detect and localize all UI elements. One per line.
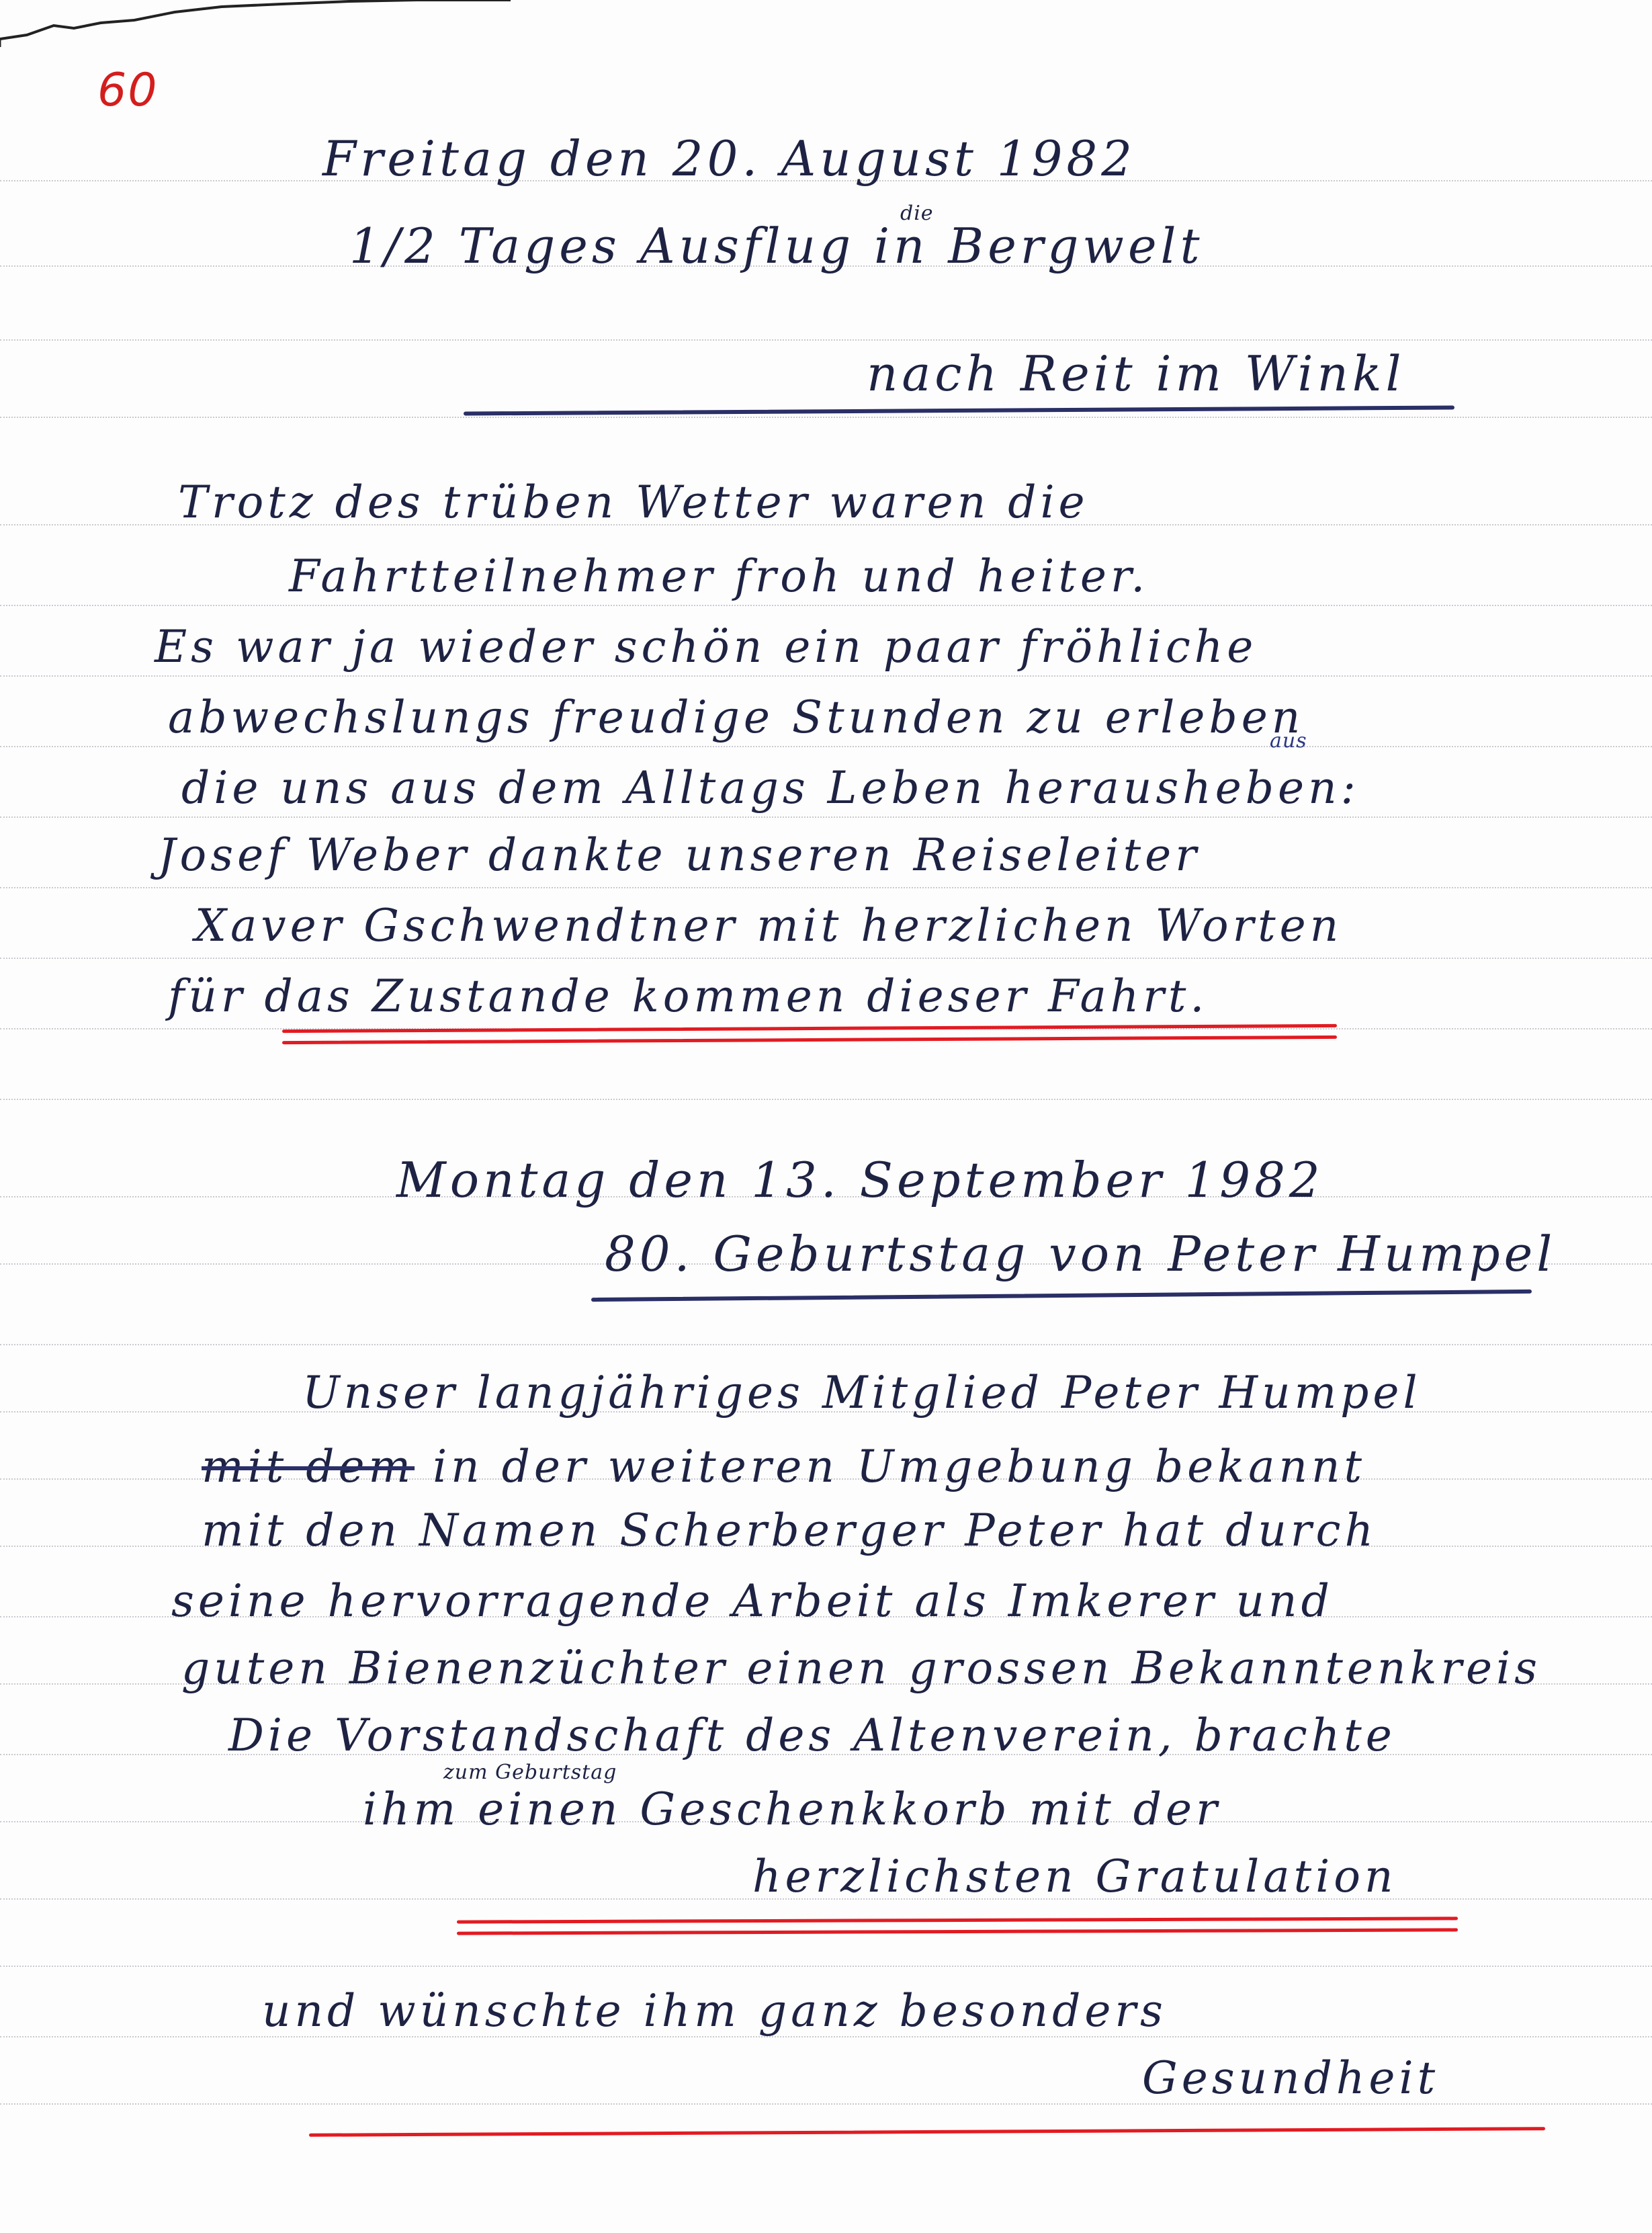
entry-2-body-line: Unser langjähriges Mitglied Peter Humpel (302, 1371, 1422, 1415)
entry-2-title: 80. Geburtstag von Peter Humpel (605, 1230, 1556, 1278)
correction-insert: aus (1270, 729, 1307, 753)
entry-1-subtitle: nach Reit im Winkl (867, 349, 1405, 398)
handwritten-page: 60 Freitag den 20. August 1982 die 1/2 T… (0, 0, 1652, 2233)
entry-2-body-line: seine hervorragende Arbeit als Imkerer u… (171, 1579, 1334, 1624)
closing-line: und wünschte ihm ganz besonders (262, 1989, 1167, 2033)
entry-1-body-line: Xaver Gschwendtner mit herzlichen Worten (195, 904, 1342, 948)
red-double-underline-top (457, 1916, 1458, 1923)
struck-text: mit dem (202, 1441, 415, 1492)
entry-1-body-line: Josef Weber dankte unseren Reiseleiter (158, 833, 1201, 878)
entry-1-body-line: für das Zustande kommen dieser Fahrt. (168, 974, 1208, 1019)
entry-2-body-line: herzlichsten Gratulation (752, 1855, 1397, 1899)
entry-1-body-line: Es war ja wieder schön ein paar fröhlich… (155, 625, 1257, 669)
entry-2-body-line: ihm einen Geschenkkorb mit der (363, 1787, 1221, 1832)
line-text: in der weiteren Umgebung bekannt (433, 1441, 1366, 1492)
title-underline (464, 405, 1454, 415)
entry-2-date: Montag den 13. September 1982 (396, 1156, 1324, 1204)
entry-1-body-line: Fahrtteilnehmer froh und heiter. (289, 554, 1149, 599)
closing-line: Gesundheit (1142, 2056, 1439, 2101)
torn-edge-decoration (0, 0, 511, 47)
entry-2-body-line: Die Vorstandschaft des Altenverein, brac… (228, 1714, 1396, 1758)
entry-2-title-underline (591, 1290, 1532, 1302)
page-number: 60 (97, 64, 159, 117)
entry-1-body-line: Trotz des trüben Wetter waren die (178, 480, 1089, 525)
entry-1-body-line: die uns aus dem Alltags Leben heraushebe… (181, 766, 1360, 810)
entry-2-body-line: guten Bienenzüchter einen grossen Bekann… (181, 1646, 1541, 1691)
entry-1-body-line: abwechslungs freudige Stunden zu erleben (168, 696, 1304, 740)
entry-1-date: Freitag den 20. August 1982 (322, 134, 1136, 183)
entry-2-body-line: mit dem in der weiteren Umgebung bekannt (202, 1445, 1366, 1489)
red-final-underline (309, 2127, 1545, 2137)
entry-1-title: 1/2 Tages Ausflug in Bergwelt (349, 222, 1204, 270)
birthday-insert: zum Geburtstag (443, 1761, 617, 1784)
red-double-underline-bottom (457, 1928, 1458, 1935)
red-double-underline-bottom (282, 1036, 1337, 1044)
entry-2-body-line: mit den Namen Scherberger Peter hat durc… (202, 1509, 1377, 1553)
